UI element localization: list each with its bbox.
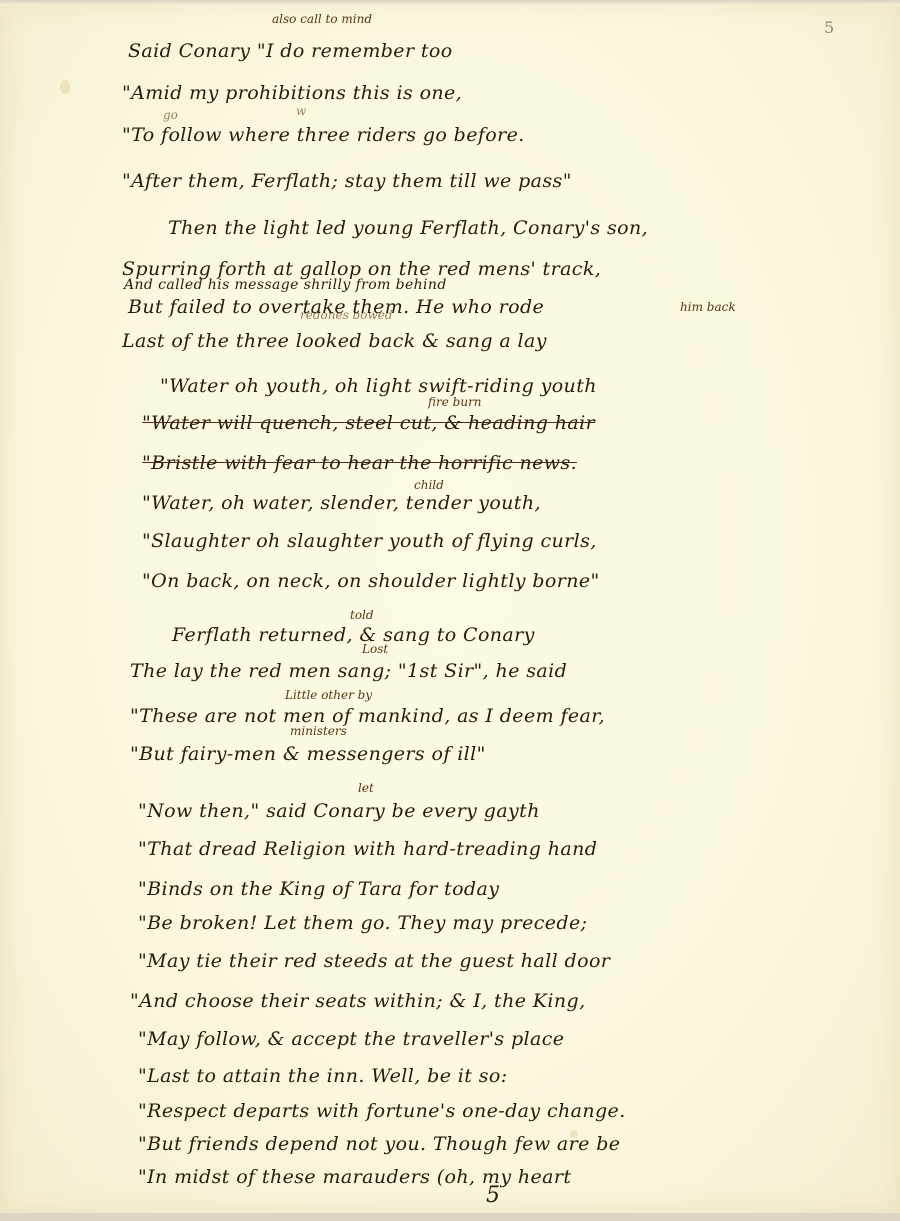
insertion: child (414, 478, 444, 492)
manuscript-line: "On back, on neck, on shoulder lightly b… (142, 570, 600, 592)
manuscript-line: "Amid my prohibitions this is one, (122, 82, 462, 104)
manuscript-line-insertion: And called his message shrilly from behi… (124, 277, 447, 293)
manuscript-line: "And choose their seats within; & I, the… (130, 990, 586, 1012)
manuscript-line: Said Conary "I do remember too (128, 40, 453, 62)
manuscript-line: "In midst of these marauders (oh, my hea… (138, 1166, 571, 1188)
manuscript-line: "Now then," said Conary be every gayth (138, 800, 540, 822)
manuscript-line: "Be broken! Let them go. They may preced… (138, 912, 587, 934)
corner-page-number: 5 (824, 18, 834, 37)
manuscript-line: "Respect departs with fortune's one-day … (138, 1100, 626, 1122)
manuscript-line: Then the light led young Ferflath, Conar… (168, 217, 648, 239)
manuscript-line: Ferflath returned, & sang to Conary (172, 624, 535, 646)
paper-top-edge (0, 0, 900, 6)
manuscript-line-struck: "Water will quench, steel cut, & heading… (142, 412, 595, 434)
paper-bottom-edge (0, 1213, 900, 1221)
manuscript-line: "May tie their red steeds at the guest h… (138, 950, 610, 972)
manuscript-line: "Last to attain the inn. Well, be it so: (138, 1065, 508, 1087)
manuscript-line: But failed to overtake them. He who rode (128, 296, 544, 318)
manuscript-line: "Water oh youth, oh light swift-riding y… (160, 375, 597, 397)
manuscript-line: "That dread Religion with hard-treading … (138, 838, 597, 860)
manuscript-line-struck: "Bristle with fear to hear the horrific … (142, 452, 577, 474)
manuscript-line: "These are not men of mankind, as I deem… (130, 705, 605, 727)
page-number: 5 (486, 1183, 500, 1208)
manuscript-line: "But fairy-men & messengers of ill" (130, 743, 486, 765)
manuscript-line: "Water, oh water, slender, tender youth, (142, 492, 541, 514)
insertion: told (350, 608, 374, 622)
insertion: also call to mind (272, 12, 372, 26)
insertion: him back (680, 300, 736, 314)
manuscript-page: 5 also call to mind go w redones bowed h… (0, 0, 900, 1215)
insertion: go (163, 108, 178, 122)
paper-stain (60, 80, 70, 94)
manuscript-line: Last of the three looked back & sang a l… (122, 330, 547, 352)
insertion: w (296, 104, 306, 118)
manuscript-line: "May follow, & accept the traveller's pl… (138, 1028, 564, 1050)
manuscript-line: "Slaughter oh slaughter youth of flying … (142, 530, 597, 552)
manuscript-line: "But friends depend not you. Though few … (138, 1133, 620, 1155)
insertion: let (358, 781, 374, 795)
manuscript-line: The lay the red men sang; "1st Sir", he … (130, 660, 567, 682)
manuscript-line: "To follow where three riders go before. (122, 124, 525, 146)
manuscript-line: "After them, Ferflath; stay them till we… (122, 170, 572, 192)
insertion: Little other by (285, 688, 372, 702)
insertion: fire burn (428, 395, 482, 409)
manuscript-line: "Binds on the King of Tara for today (138, 878, 499, 900)
